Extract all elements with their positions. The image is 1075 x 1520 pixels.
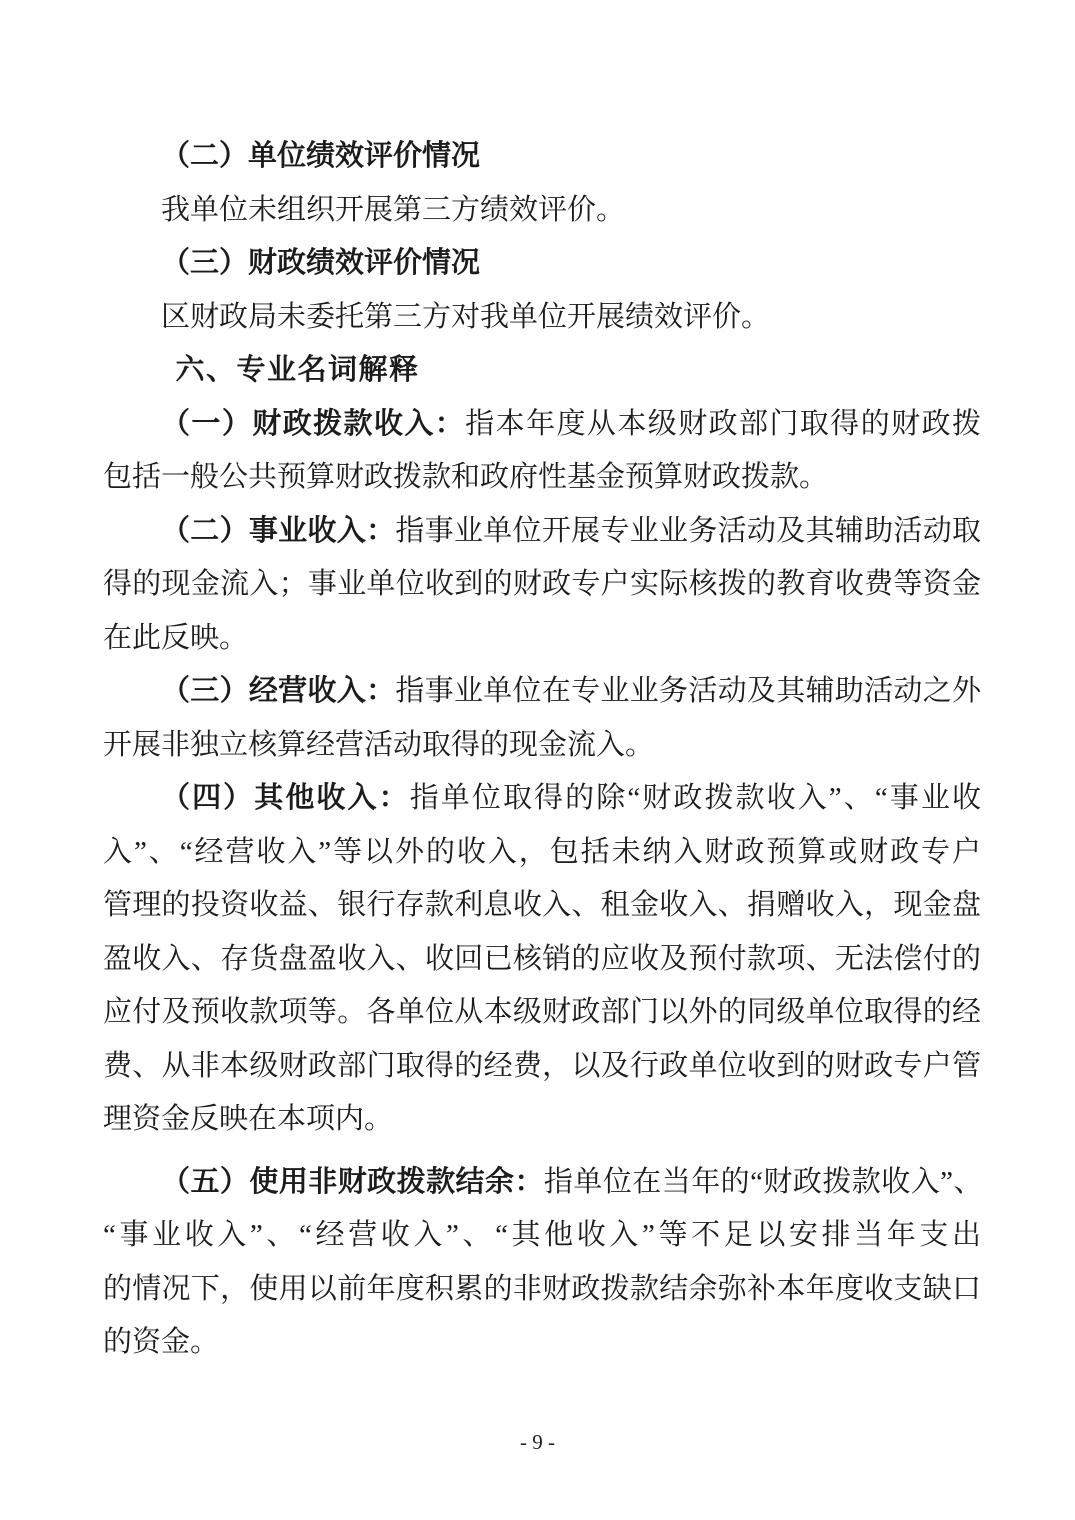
line-text: 费、从非本级财政部门取得的经费，以及行政单位收到的财政专户管 <box>103 1050 981 1082</box>
line-text: 包括一般公共预算财政拨款和政府性基金预算财政拨款。 <box>103 461 828 493</box>
hei-heading: 六、专业名词解释 <box>103 344 981 398</box>
paragraph: （一）财政拨款收入：指本年度从本级财政部门取得的财政拨款，包括一般公共预算财政拨… <box>103 398 981 505</box>
text-line: 六、专业名词解释 <box>103 344 981 398</box>
paragraph: （三）经营收入：指事业单位在专业业务活动及其辅助活动之外开展非独立核算经营活动取… <box>103 665 981 772</box>
text-line: （三）经营收入：指事业单位在专业业务活动及其辅助活动之外 <box>103 665 981 719</box>
term-label: （一）财政拨款收入： <box>161 408 465 440</box>
text-line: 费、从非本级财政部门取得的经费，以及行政单位收到的财政专户管 <box>103 1040 981 1094</box>
paragraph: （五）使用非财政拨款结余：指单位在当年的“财政拨款收入”、“事业收入”、“经营收… <box>103 1156 981 1370</box>
line-text: 指单位取得的除“财政拨款收入”、“事业收 <box>410 782 981 814</box>
line-text: 在此反映。 <box>103 622 248 654</box>
text-line: （四）其他收入：指单位取得的除“财政拨款收入”、“事业收 <box>103 772 981 826</box>
text-line: 区财政局未委托第三方对我单位开展绩效评价。 <box>103 291 981 345</box>
text-line: 应付及预收款项等。各单位从本级财政部门以外的同级单位取得的经 <box>103 986 981 1040</box>
line-text: 指事业单位在专业业务活动及其辅助活动之外 <box>395 675 981 707</box>
text-line: 开展非独立核算经营活动取得的现金流入。 <box>103 719 981 773</box>
text-line: 的资金。 <box>103 1316 981 1370</box>
text-line: 在此反映。 <box>103 612 981 666</box>
text-line: 入”、“经营收入”等以外的收入，包括未纳入财政预算或财政专户 <box>103 826 981 880</box>
text-line: 包括一般公共预算财政拨款和政府性基金预算财政拨款。 <box>103 451 981 505</box>
text-line: （一）财政拨款收入：指本年度从本级财政部门取得的财政拨款， <box>103 398 981 452</box>
line-text: 指事业单位开展专业业务活动及其辅助活动取 <box>395 515 981 547</box>
kai-heading: （二）单位绩效评价情况 <box>103 130 981 184</box>
text-line: “事业收入”、“经营收入”、“其他收入”等不足以安排当年支出 <box>103 1209 981 1263</box>
text-line: 我单位未组织开展第三方绩效评价。 <box>103 184 981 238</box>
text-line: （五）使用非财政拨款结余：指单位在当年的“财政拨款收入”、 <box>103 1156 981 1210</box>
line-text: 的资金。 <box>103 1326 219 1358</box>
document-body: （二）单位绩效评价情况我单位未组织开展第三方绩效评价。（三）财政绩效评价情况区财… <box>103 130 981 1370</box>
line-text: 管理的投资收益、银行存款利息收入、租金收入、捐赠收入，现金盘 <box>103 889 981 921</box>
text-line: 得的现金流入；事业单位收到的财政专户实际核拨的教育收费等资金 <box>103 558 981 612</box>
term-label: （二）单位绩效评价情况 <box>161 140 480 172</box>
text-line: （三）财政绩效评价情况 <box>103 237 981 291</box>
document-page: （二）单位绩效评价情况我单位未组织开展第三方绩效评价。（三）财政绩效评价情况区财… <box>0 0 1075 1520</box>
paragraph: 区财政局未委托第三方对我单位开展绩效评价。 <box>103 291 981 345</box>
line-text: 得的现金流入；事业单位收到的财政专户实际核拨的教育收费等资金 <box>103 568 981 600</box>
line-text: 指单位在当年的“财政拨款收入”、 <box>544 1166 981 1198</box>
term-label: （三）财政绩效评价情况 <box>161 247 480 279</box>
line-text: 入”、“经营收入”等以外的收入，包括未纳入财政预算或财政专户 <box>103 836 981 868</box>
text-line: （二）单位绩效评价情况 <box>103 130 981 184</box>
line-text: 的情况下，使用以前年度积累的非财政拨款结余弥补本年度收支缺口 <box>103 1273 981 1305</box>
text-line: 盈收入、存货盘盈收入、收回已核销的应收及预付款项、无法偿付的 <box>103 933 981 987</box>
line-text: “事业收入”、“经营收入”、“其他收入”等不足以安排当年支出 <box>103 1219 981 1251</box>
paragraph: 我单位未组织开展第三方绩效评价。 <box>103 184 981 238</box>
line-text: 应付及预收款项等。各单位从本级财政部门以外的同级单位取得的经 <box>103 996 981 1028</box>
page-number: - 9 - <box>0 1428 1075 1456</box>
paragraph: （二）事业收入：指事业单位开展专业业务活动及其辅助活动取得的现金流入；事业单位收… <box>103 505 981 666</box>
term-label: （三）经营收入： <box>161 675 395 707</box>
line-text: 开展非独立核算经营活动取得的现金流入。 <box>103 729 654 761</box>
kai-heading: （三）财政绩效评价情况 <box>103 237 981 291</box>
term-label: （四）其他收入： <box>161 782 410 814</box>
text-line: （二）事业收入：指事业单位开展专业业务活动及其辅助活动取 <box>103 505 981 559</box>
line-text: 盈收入、存货盘盈收入、收回已核销的应收及预付款项、无法偿付的 <box>103 943 981 975</box>
line-text: 理资金反映在本项内。 <box>103 1103 393 1135</box>
term-label: （二）事业收入： <box>161 515 395 547</box>
line-text: 区财政局未委托第三方对我单位开展绩效评价。 <box>161 301 770 333</box>
text-line: 理资金反映在本项内。 <box>103 1093 981 1147</box>
paragraph: （四）其他收入：指单位取得的除“财政拨款收入”、“事业收入”、“经营收入”等以外… <box>103 772 981 1147</box>
term-label: （五）使用非财政拨款结余： <box>161 1166 544 1198</box>
text-line: 的情况下，使用以前年度积累的非财政拨款结余弥补本年度收支缺口 <box>103 1263 981 1317</box>
term-label: 六、专业名词解释 <box>176 354 420 386</box>
text-line: 管理的投资收益、银行存款利息收入、租金收入、捐赠收入，现金盘 <box>103 879 981 933</box>
line-text: 我单位未组织开展第三方绩效评价。 <box>161 194 625 226</box>
